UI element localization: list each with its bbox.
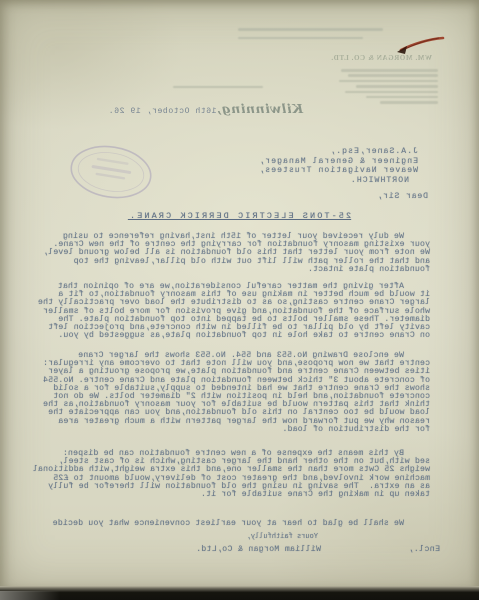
illegible-line xyxy=(348,74,438,77)
paragraph-3: We enclose Drawing No.553 and 554. No.55… xyxy=(28,352,430,434)
letterhead-smallprint-line xyxy=(238,28,383,31)
dateline-place: Kilwinning, xyxy=(217,101,303,116)
salutation: Dear Sir, xyxy=(377,193,428,201)
paragraph-1: We duly received your letter of 15th ins… xyxy=(28,233,430,274)
illegible-line xyxy=(339,80,438,83)
letter-line: Weaver Navigation Trustees, xyxy=(258,166,418,176)
enclosure-note: Encl., xyxy=(408,546,440,554)
letter-line: foundation plate intact. xyxy=(28,266,430,274)
mirrored-page-content: WM. MORGAN & CO. LTD. Kilwinning,16th Oc… xyxy=(0,0,479,590)
oval-ink-stamp xyxy=(61,133,162,211)
illegible-line xyxy=(341,69,438,72)
letter-paper: WM. MORGAN & CO. LTD. Kilwinning,16th Oc… xyxy=(0,0,479,590)
letter-line: for the distribution of load. xyxy=(28,426,430,434)
dateline-date: 16th October, 19 26. xyxy=(108,107,216,116)
letter-line: taken up in making the Crane suitable fo… xyxy=(28,491,430,499)
scan-edge-highlight xyxy=(0,591,60,600)
illegible-line xyxy=(345,91,438,94)
dateline: Kilwinning,16th October, 19 26. xyxy=(108,100,303,118)
letterhead-smallprint-line xyxy=(173,86,263,88)
illegible-line xyxy=(380,101,438,104)
recipient-address-block: J.A.Saner,Esq.,Engineer & General Manage… xyxy=(258,147,418,186)
paragraph-4: By this means the expense of a new centr… xyxy=(28,450,430,499)
letterhead-smallprint-line xyxy=(238,37,363,40)
red-pen-tick-annotation xyxy=(387,30,447,60)
valediction: Yours faithfully, xyxy=(247,533,318,541)
letter-line: J.A.Saner,Esq., xyxy=(258,147,418,157)
paragraph-5: We shall be glad to hear at your earlies… xyxy=(28,520,430,528)
subject-heading: 25-TONS ELECTRIC DERRICK CRANE. xyxy=(52,212,427,220)
scan-background-edge xyxy=(0,586,479,600)
scanned-letter: WM. MORGAN & CO. LTD. Kilwinning,16th Oc… xyxy=(0,0,479,600)
letter-line: We shall be glad to hear at your earlies… xyxy=(28,520,430,528)
letterhead-address-block-illegible xyxy=(339,69,438,107)
illegible-line xyxy=(356,85,438,88)
illegible-line xyxy=(366,96,438,99)
letter-line: NORTHWICH. xyxy=(258,176,418,186)
letter-line: on Crane centre to take hole in top foun… xyxy=(28,332,430,340)
paragraph-2: After giving the matter careful consider… xyxy=(28,283,430,340)
signature-company: William Morgan & Co,Ltd. xyxy=(196,546,321,554)
letter-line: Engineer & General Manager, xyxy=(258,157,418,167)
